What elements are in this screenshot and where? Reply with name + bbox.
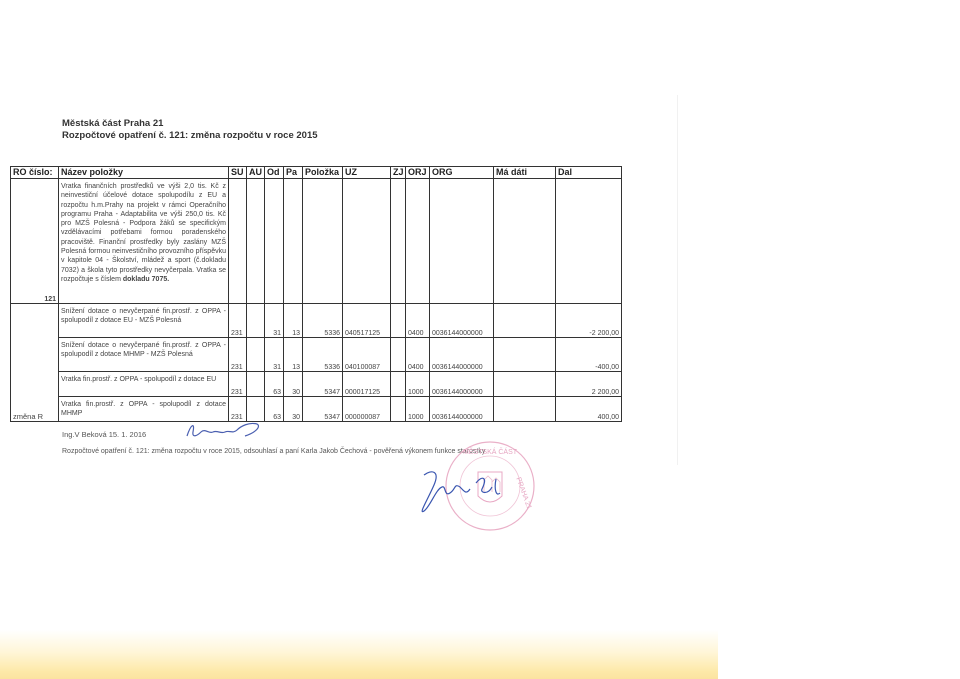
zj-cell: [391, 372, 406, 397]
col-item-name: Název položky: [59, 167, 229, 179]
table-row: Vratka fin.prostř. z OPPA - spolupodíl z…: [11, 372, 622, 397]
col-ma-dati: Má dáti: [494, 167, 556, 179]
org-cell: 0036144000000: [430, 372, 494, 397]
org-cell: 0036144000000: [430, 338, 494, 372]
polozka-cell: 5336: [303, 304, 343, 338]
budget-measure-table: RO číslo: Název položky SU AU Od Pa Polo…: [10, 166, 622, 422]
su-cell: 231: [229, 304, 247, 338]
ma-dati-cell: [494, 372, 556, 397]
ro-description-text: Vratka finančních prostředků ve výši 2,0…: [61, 183, 226, 283]
col-su: SU: [229, 167, 247, 179]
org-cell: 0036144000000: [430, 304, 494, 338]
su-cell: 231: [229, 372, 247, 397]
dal-cell: -2 200,00: [556, 304, 622, 338]
polozka-cell: 5336: [303, 338, 343, 372]
ro-number-cell: 121: [11, 179, 59, 304]
ro-description-bold: dokladu 7075.: [123, 276, 169, 283]
page-edge-divider: [677, 95, 678, 465]
zj-cell: [391, 397, 406, 422]
orj-cell: 0400: [406, 304, 430, 338]
zj-cell: [391, 304, 406, 338]
table-row: Vratka fin.prostř. z OPPA - spolupodíl z…: [11, 397, 622, 422]
au-cell: [247, 338, 265, 372]
su-cell: 231: [229, 338, 247, 372]
scan-bottom-shading: [0, 630, 718, 679]
col-pa: Pa: [284, 167, 303, 179]
orj-cell: 1000: [406, 397, 430, 422]
orj-cell: 0400: [406, 338, 430, 372]
dal-cell: 400,00: [556, 397, 622, 422]
pa-cell: 13: [284, 338, 303, 372]
zj-cell: [391, 338, 406, 372]
dal-cell: -400,00: [556, 338, 622, 372]
item-name: Snížení dotace o nevyčerpané fin.prostř.…: [59, 338, 229, 372]
item-name: Vratka fin.prostř. z OPPA - spolupodíl z…: [59, 372, 229, 397]
measure-title: Rozpočtové opatření č. 121: změna rozpoč…: [62, 130, 318, 142]
od-cell: 31: [265, 338, 284, 372]
ro-description-cell: Vratka finančních prostředků ve výši 2,0…: [59, 179, 229, 304]
table-header-row: RO číslo: Název položky SU AU Od Pa Polo…: [11, 167, 622, 179]
od-cell: 63: [265, 372, 284, 397]
col-au: AU: [247, 167, 265, 179]
pa-cell: 30: [284, 372, 303, 397]
table-row: Snížení dotace o nevyčerpané fin.prostř.…: [11, 338, 622, 372]
au-cell: [247, 304, 265, 338]
document-header: Městská část Praha 21 Rozpočtové opatřen…: [62, 118, 318, 142]
org-cell: 0036144000000: [430, 397, 494, 422]
ma-dati-cell: [494, 397, 556, 422]
approval-note: Rozpočtové opatření č. 121: změna rozpoč…: [62, 448, 485, 455]
ma-dati-cell: [494, 304, 556, 338]
col-ro-number: RO číslo:: [11, 167, 59, 179]
orj-cell: 1000: [406, 372, 430, 397]
prepared-by: Ing.V Beková 15. 1. 2016: [62, 430, 146, 439]
au-cell: [247, 372, 265, 397]
col-uz: UZ: [343, 167, 391, 179]
polozka-cell: 5347: [303, 372, 343, 397]
item-name: Snížení dotace o nevyčerpané fin.prostř.…: [59, 304, 229, 338]
signature-approver-icon: [410, 465, 520, 530]
col-zj: ZJ: [391, 167, 406, 179]
table-row-description: 121 Vratka finančních prostředků ve výši…: [11, 179, 622, 304]
od-cell: 31: [265, 304, 284, 338]
col-org: ORG: [430, 167, 494, 179]
uz-cell: 040100087: [343, 338, 391, 372]
signature-preparer-icon: [183, 418, 263, 451]
uz-cell: 040517125: [343, 304, 391, 338]
change-label-cell: změna R: [11, 304, 59, 422]
ma-dati-cell: [494, 338, 556, 372]
od-cell: 63: [265, 397, 284, 422]
pa-cell: 30: [284, 397, 303, 422]
col-od: Od: [265, 167, 284, 179]
uz-cell: 000000087: [343, 397, 391, 422]
col-polozka: Položka: [303, 167, 343, 179]
table-row: změna R Snížení dotace o nevyčerpané fin…: [11, 304, 622, 338]
pa-cell: 13: [284, 304, 303, 338]
col-orj: ORJ: [406, 167, 430, 179]
uz-cell: 000017125: [343, 372, 391, 397]
polozka-cell: 5347: [303, 397, 343, 422]
svg-text:MĚSTSKÁ ČÁST: MĚSTSKÁ ČÁST: [463, 447, 518, 456]
col-dal: Dal: [556, 167, 622, 179]
municipality-title: Městská část Praha 21: [62, 118, 318, 130]
dal-cell: 2 200,00: [556, 372, 622, 397]
